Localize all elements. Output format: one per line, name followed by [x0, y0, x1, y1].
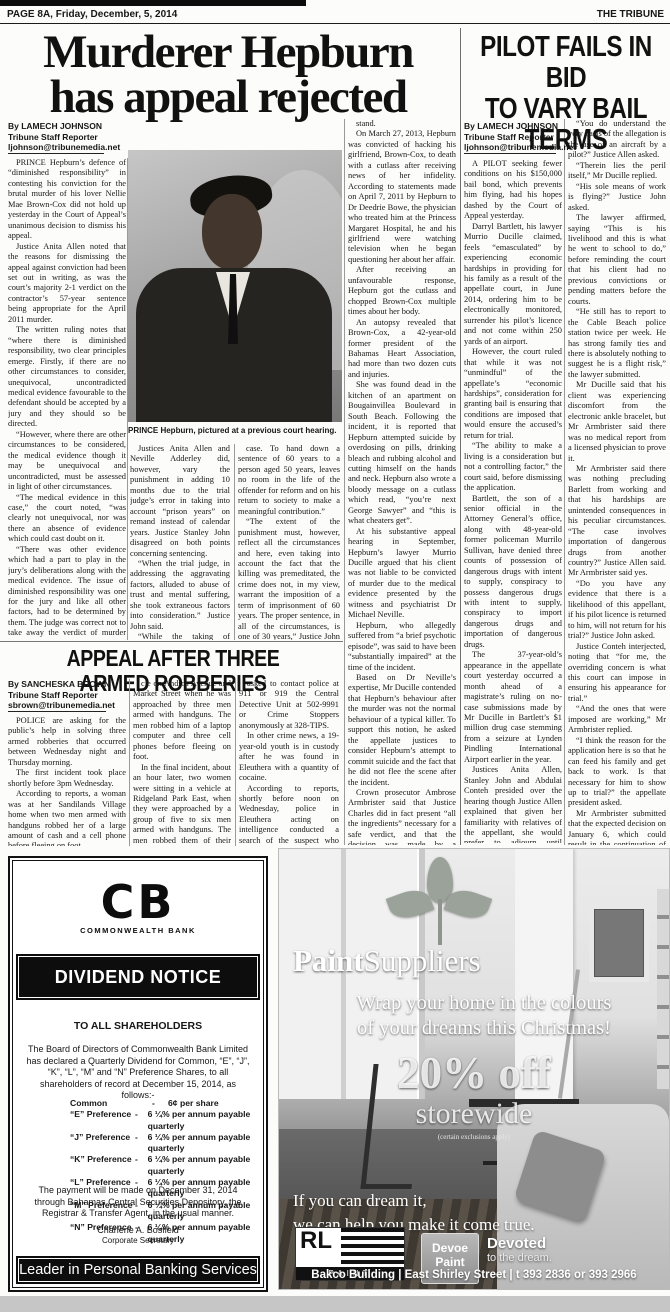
column-rule [235, 679, 236, 846]
ad-photo-picture-frame [589, 904, 649, 982]
bank-payment-note: The payment will be made on December 31,… [22, 1185, 254, 1220]
paint-ad: PaintSuppliers Wrap your home in the col… [278, 848, 670, 1290]
column-rule [564, 119, 565, 845]
dividend-row: “K” Preference-6 ¼% per annum payable qu… [20, 1154, 260, 1177]
bank-ad: CB COMMONWEALTH BANK DIVIDEND NOTICE TO … [8, 856, 268, 1292]
paint-offer-note: (certain exclusions apply) [279, 1133, 669, 1141]
paint-headline: Wrap your home in the colours of your dr… [319, 991, 649, 1041]
dividend-notice-title: DIVIDEND NOTICE [55, 967, 222, 988]
paint-offer-sub: storewide [279, 1097, 669, 1131]
bank-logo-name: COMMONWEALTH BANK [10, 926, 266, 935]
hepburn-headline: Murderer Hepburn has appeal rejected [2, 30, 454, 120]
bank-logo-letters: CB [10, 880, 266, 924]
dividend-notice-band: DIVIDEND NOTICE [16, 954, 260, 1000]
devoe-line2: Paint [422, 1255, 478, 1269]
page-folio: PAGE 8A, Friday, December, 5, 2014 [7, 9, 177, 20]
rl-letters: RL [300, 1228, 332, 1254]
column-rule [344, 119, 345, 845]
robbery-column-1: POLICE are asking for the public’s help … [8, 716, 126, 846]
rl-stripes [341, 1228, 404, 1265]
bank-salutation: TO ALL SHAREHOLDERS [10, 1020, 266, 1032]
pilot-column-2: “You do understand the very basis of the… [568, 119, 666, 845]
bank-signature-title: Corporate Secretary [10, 1236, 266, 1245]
hepburn-column-4: stand.On March 27, 2013, Hepburn was con… [348, 119, 456, 845]
robbery-byline: By SANCHESKA BROWN Tribune Staff Reporte… [8, 679, 128, 711]
scan-edge-top [0, 0, 306, 6]
hepburn-column-1: PRINCE Hepburn’s defence of “diminished … [8, 158, 126, 640]
devoted-sub: to the dream. [487, 1252, 552, 1264]
dividend-row: “E” Preference-6 ¼% per annum payable qu… [20, 1109, 260, 1132]
section-rule-vertical [460, 28, 461, 845]
robbery-byline-rule [8, 711, 106, 712]
paint-brand: PaintSuppliers [293, 943, 481, 979]
pilot-byline: By LAMECH JOHNSON Tribune Staff Reporter… [464, 121, 564, 153]
hepburn-column-3: case. To hand down a sentence of 60 year… [238, 444, 340, 640]
header-rule [0, 23, 670, 24]
dividend-row: Common-6¢ per share [20, 1098, 260, 1109]
pilot-column-1: A PILOT seeking fewer conditions on his … [464, 159, 562, 843]
bank-tagline-band: Leader in Personal Banking Services [16, 1256, 260, 1284]
bank-logo: CB COMMONWEALTH BANK [10, 880, 266, 935]
devoted-text: Devoted to the dream. [487, 1235, 552, 1264]
bank-signature: Charlene A. Bosfield [10, 1225, 266, 1235]
dividend-row: “J” Preference-6 ¼% per annum payable qu… [20, 1132, 260, 1155]
hepburn-photo-caption: PRINCE Hepburn, pictured at a previous c… [128, 426, 342, 436]
bank-tagline: Leader in Personal Banking Services [19, 1262, 257, 1278]
robbery-column-3: asked to contact police at 911 or 919 th… [239, 679, 339, 846]
hepburn-column-2: Justices Anita Allen and Neville Adderle… [130, 444, 230, 640]
masthead-name: THE TRIBUNE [597, 9, 664, 20]
robbery-section-rule [0, 641, 343, 642]
paint-offer-big: 20% off [279, 1047, 669, 1099]
hepburn-photo [128, 150, 342, 422]
paint-brand-bold: Paint [293, 943, 364, 978]
hepburn-byline: By LAMECH JOHNSON Tribune Staff Reporter… [8, 121, 126, 153]
robbery-column-2: cle on Andros Avenue and Market Street w… [133, 679, 231, 846]
paint-leaf-logo [379, 857, 499, 949]
paint-address: Bakco Building | East Shirley Street | t… [279, 1269, 669, 1281]
scan-edge-bottom [0, 1296, 670, 1312]
devoe-line1: Devoe [422, 1241, 478, 1255]
column-rule [234, 444, 235, 640]
paint-brand-light: Suppliers [364, 943, 481, 978]
dividend-table: Common-6¢ per share “E” Preference-6 ¼% … [20, 1098, 260, 1245]
hepburn-byline-rule [8, 153, 104, 154]
column-rule [127, 158, 128, 640]
photo-face [202, 194, 262, 270]
pilot-byline-rule [464, 153, 556, 154]
newspaper-page: PAGE 8A, Friday, December, 5, 2014 THE T… [0, 0, 670, 1312]
bank-body: The Board of Directors of Commonwealth B… [24, 1044, 252, 1102]
devoted-main: Devoted [487, 1235, 552, 1252]
column-rule [129, 679, 130, 846]
